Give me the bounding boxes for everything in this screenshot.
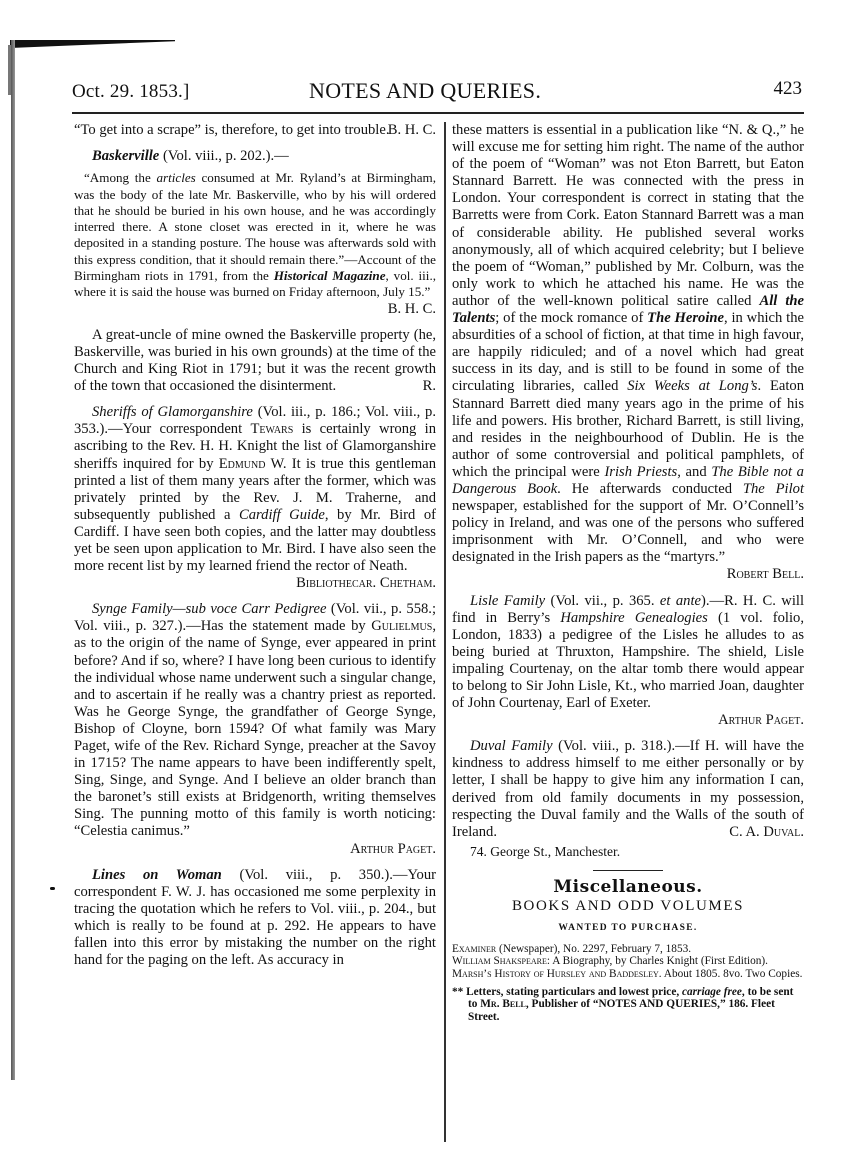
lines-on-woman-continued: these matters is essential in a publicat… — [452, 122, 804, 566]
column-divider — [444, 122, 446, 1142]
section-divider — [593, 870, 663, 872]
sheriffs-article: Sheriffs of Glamorganshire (Vol. iii., p… — [74, 404, 436, 575]
page-scan-edge-left — [11, 40, 15, 1080]
wanted-item: Examiner (Newspaper), No. 2297, February… — [452, 943, 804, 956]
baskerville-heading: Baskerville (Vol. viii., p. 202.).— — [74, 148, 436, 165]
sheriffs-heading: Sheriffs of Glamorganshire — [92, 404, 253, 420]
lisle-article: Lisle Family (Vol. vii., p. 365. et ante… — [452, 593, 804, 713]
margin-mark — [50, 887, 55, 890]
issue-date: Oct. 29. 1853.] — [72, 81, 190, 103]
lines-on-woman-article: Lines on Woman (Vol. viii., p. 350.).—Yo… — [74, 867, 436, 970]
lines-on-woman-signature: Robert Bell. — [727, 566, 804, 583]
asterism-icon: *⁤* — [452, 986, 463, 998]
duval-signature: C. A. Duval. — [711, 824, 804, 841]
wanted-to-purchase-heading: WANTED TO PURCHASE. — [452, 920, 804, 937]
wanted-item: Marsh’s History of Hursley and Baddesley… — [452, 968, 804, 981]
running-header: Oct. 29. 1853.] NOTES AND QUERIES. 423 — [72, 76, 802, 106]
page-number: 423 — [774, 78, 803, 100]
wanted-item: William Shakspeare: A Biography, by Char… — [452, 955, 804, 968]
page-scan-edge-top — [10, 40, 175, 48]
synge-signature: Arthur Paget. — [74, 841, 436, 858]
scrape-article: “To get into a scrape” is, therefore, to… — [74, 122, 436, 139]
baskerville-quote: “Among the articles consumed at Mr. Ryla… — [74, 170, 436, 300]
right-column: these matters is essential in a publicat… — [452, 122, 804, 1023]
sheriffs-signature: Bibliothecar. Chetham. — [278, 575, 436, 592]
header-rule — [72, 112, 804, 114]
duval-article: Duval Family (Vol. viii., p. 318.).—If H… — [452, 738, 804, 841]
lines-on-woman-heading: Lines on Woman — [92, 867, 222, 883]
books-and-odd-volumes-heading: BOOKS AND ODD VOLUMES — [452, 898, 804, 915]
publisher-note: *⁤* Letters, stating particulars and low… — [452, 986, 804, 1024]
synge-article: Synge Family—sub voce Carr Pedigree (Vol… — [74, 601, 436, 840]
miscellaneous-title: Miscellaneous. — [452, 879, 804, 896]
lisle-heading: Lisle Family — [470, 593, 545, 609]
duval-heading: Duval Family — [470, 738, 553, 754]
synge-heading: Synge Family—sub voce Carr Pedigree — [92, 601, 326, 617]
baskerville-signature: B. H. C. — [74, 301, 436, 318]
lisle-signature: Arthur Paget. — [452, 712, 804, 729]
wanted-list: Examiner (Newspaper), No. 2297, February… — [452, 943, 804, 1024]
left-column: “To get into a scrape” is, therefore, to… — [74, 122, 436, 969]
journal-title: NOTES AND QUERIES. — [309, 78, 541, 104]
duval-address: 74. George St., Manchester. — [452, 843, 804, 860]
